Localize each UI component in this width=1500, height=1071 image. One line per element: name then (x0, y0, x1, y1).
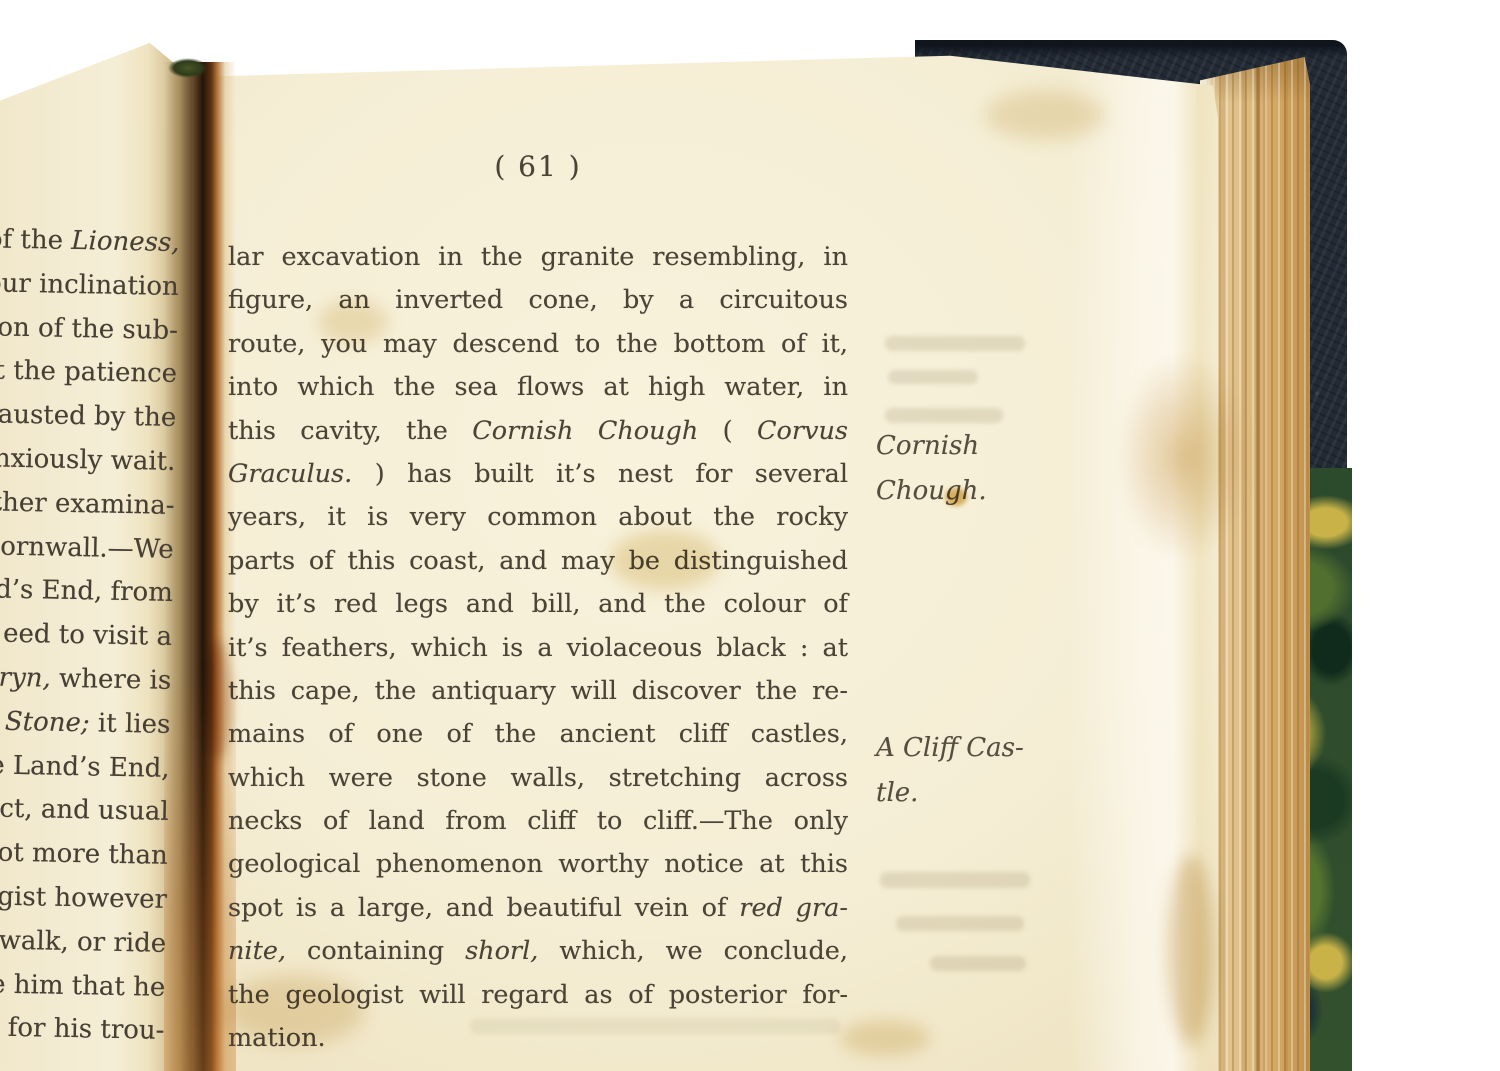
book-photo: ( 61 ) lar excavation in the granite res… (0, 0, 1500, 1071)
text-segment: where is (51, 664, 172, 696)
text-segment: hausted by the (0, 399, 177, 433)
text-segment: necks of land from cliff to cliff.—The o… (228, 806, 848, 836)
italic-text-segment: Cornish Chough (472, 416, 698, 446)
text-segment: route, you may descend to the bottom of … (228, 329, 848, 359)
text-line: which were stone walls, stretching acros… (228, 757, 848, 800)
text-segment: eed to visit a (3, 619, 172, 652)
text-segment: nxiously wait. (0, 443, 176, 476)
text-segment: d’s End, from (0, 575, 173, 608)
text-segment: geological phenomenon worthy notice at t… (228, 849, 848, 879)
text-segment: rther examina- (0, 487, 175, 521)
gutter-shadow (164, 62, 236, 1071)
page-number: ( 61 ) (228, 150, 848, 183)
text-line: figure, an inverted cone, by a circuitou… (228, 279, 848, 322)
italic-text-segment: nite, (228, 936, 286, 966)
text-segment: not more than (0, 837, 168, 871)
text-segment: walk, or ride (0, 925, 166, 958)
text-segment: which were stone walls, stretching acros… (228, 763, 848, 793)
text-segment: e him that he (0, 969, 166, 1002)
text-segment: years, it is very common about the rocky (228, 502, 848, 532)
text-segment: ( (698, 416, 757, 446)
text-line: this cape, the antiquary will discover t… (228, 670, 848, 713)
italic-text-segment: Lioness, (71, 226, 180, 258)
text-segment: the geologist will regard as of posterio… (228, 980, 848, 1010)
text-line: nite, containing shorl, which, we conclu… (228, 930, 848, 973)
italic-text-segment: Graculus. (228, 459, 352, 489)
text-line: mains of one of the ancient cliff castle… (228, 713, 848, 756)
italic-text-segment: shorl, (465, 936, 538, 966)
text-line: the geologist will regard as of posterio… (228, 974, 848, 1017)
text-segment: containing (286, 936, 465, 966)
margin-note-line: Chough. (876, 469, 1086, 514)
headband (168, 58, 208, 78)
text-segment: mains of one of the ancient cliff castle… (228, 719, 848, 749)
text-segment: d for his trou- (0, 1013, 165, 1046)
margin-note-cliff-castle: A Cliff Cas- tle. (876, 726, 1086, 816)
text-segment: lar excavation in the granite resembling… (228, 242, 848, 272)
margin-note-cornish-chough: Cornish Chough. (876, 424, 1086, 514)
text-segment: ogist however (0, 881, 167, 915)
text-segment: tion of the sub- (0, 312, 178, 346)
text-segment: at the patience (0, 356, 177, 390)
text-segment: by it’s red legs and bill, and the colou… (228, 589, 848, 619)
text-segment: into which the sea flows at high water, … (228, 372, 848, 402)
text-line: spot is a large, and beautiful vein of r… (228, 887, 848, 930)
text-segment: it lies (89, 708, 170, 740)
text-line: this cavity, the Cornish Chough ( Corvus (228, 410, 848, 453)
margin-note-line: tle. (876, 771, 1086, 816)
text-line: lar excavation in the granite resembling… (228, 236, 848, 279)
text-line: it’s feathers, which is a violaceous bla… (228, 627, 848, 670)
text-segment: ct, and usual (0, 794, 169, 827)
text-segment: Cornwall.—We (0, 531, 174, 565)
margin-note-line: Cornish (876, 424, 1086, 469)
margin-note-line: A Cliff Cas- (876, 726, 1086, 771)
text-segment: of the (0, 224, 72, 256)
text-line: route, you may descend to the bottom of … (228, 323, 848, 366)
text-line: into which the sea flows at high water, … (228, 366, 848, 409)
text-segment: this cavity, the (228, 416, 472, 446)
text-segment: which, we conclude, (538, 936, 848, 966)
text-segment: figure, an inverted cone, by a circuitou… (228, 285, 848, 315)
text-segment: this cape, the antiquary will discover t… (228, 676, 848, 706)
main-text-column: lar excavation in the granite resembling… (228, 236, 848, 1060)
text-segment: our inclination (0, 268, 179, 302)
text-segment: mation. (228, 1023, 326, 1053)
text-segment: spot is a large, and beautiful vein of (228, 893, 739, 923)
text-line: years, it is very common about the rocky (228, 496, 848, 539)
text-line: mation. (228, 1017, 848, 1060)
left-page-text-column: of the Lioness,our inclinationtion of th… (0, 210, 180, 1054)
text-segment: ) has built it’s nest for several (352, 459, 848, 489)
text-line: parts of this coast, and may be distingu… (228, 540, 848, 583)
text-segment: e Land’s End, (0, 750, 170, 783)
text-segment: parts of this coast, and may be distingu… (228, 546, 848, 576)
text-line: necks of land from cliff to cliff.—The o… (228, 800, 848, 843)
italic-text-segment: reryn, (0, 662, 51, 694)
text-line: by it’s red legs and bill, and the colou… (228, 583, 848, 626)
italic-text-segment: Stone; (5, 706, 90, 738)
italic-text-segment: Corvus (757, 416, 848, 446)
text-line: geological phenomenon worthy notice at t… (228, 843, 848, 886)
text-segment: it’s feathers, which is a violaceous bla… (228, 633, 848, 663)
italic-text-segment: red gra- (739, 893, 848, 923)
text-line: Graculus. ) has built it’s nest for seve… (228, 453, 848, 496)
